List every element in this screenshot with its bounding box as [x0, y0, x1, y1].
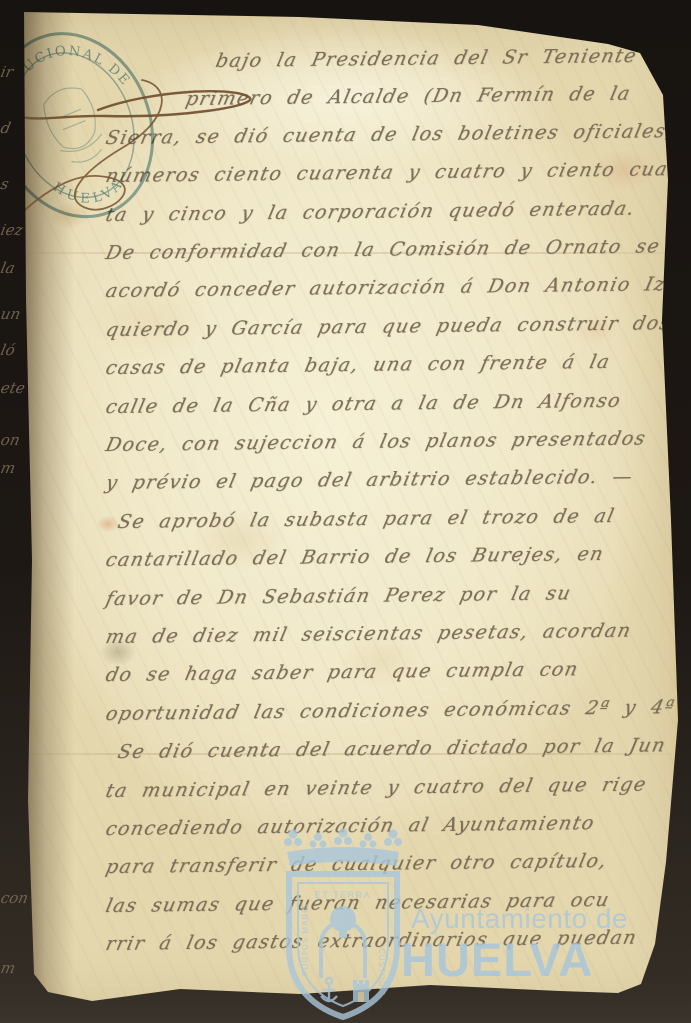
manuscript-line: acordó conceder autorización á Don Anton… — [104, 274, 668, 303]
gutter-text-fragment: ló — [0, 341, 17, 359]
manuscript-line: ta municipal en veinte y cuatro del que … — [104, 773, 649, 802]
manuscript-line: Doce, con sujeccion á los planos present… — [104, 427, 649, 456]
gutter-text-fragment: d — [0, 119, 13, 137]
gutter-text-fragment: m — [0, 459, 17, 477]
manuscript-line: casas de planta baja, una con frente á l… — [104, 351, 613, 379]
gutter-text-fragment: s — [0, 175, 11, 193]
ink-rubric-flourish-icon — [0, 58, 290, 243]
manuscript-line: favor de Dn Sebastián Perez por la su — [104, 582, 574, 610]
manuscript-line: ma de diez mil seiscientas pesetas, acor… — [104, 620, 634, 648]
manuscript-line: rrir á los gastos extraordinarios que pu… — [104, 927, 640, 955]
gutter-text-fragment: on — [0, 431, 22, 449]
manuscript-line: las sumas que fueran necesarias para ocu — [104, 889, 612, 917]
manuscript-line: oportunidad las condiciones económicas 2… — [104, 696, 678, 725]
manuscript-line: y prévio el pago del arbitrio establecid… — [104, 466, 636, 494]
manuscript-line: quierdo y García para que pueda construi… — [104, 312, 674, 341]
manuscript-line: concediendo autorización al Ayuntamiento — [104, 812, 598, 840]
manuscript-line: Se dió cuenta del acuerdo dictado por la… — [116, 735, 669, 764]
previous-page-edge: irdsiezlaunlóeteonmconm — [0, 13, 27, 1005]
document-scan: irdsiezlaunlóeteonmconm bajo la Presiden… — [0, 0, 691, 1023]
document-page: bajo la Presidencia del Sr Tenienteprime… — [0, 0, 691, 1023]
manuscript-line: Se aprobó la subasta para el trozo de al — [116, 505, 618, 533]
manuscript-line: para transferir de cualquier otro capítu… — [104, 850, 610, 878]
gutter-text-fragment: ete — [0, 379, 27, 397]
gutter-text-fragment: un — [0, 305, 22, 323]
gutter-text-fragment: ir — [0, 63, 15, 81]
gutter-text-fragment: la — [0, 259, 17, 277]
manuscript-line: cantarillado del Barrio de los Burejes, … — [104, 543, 607, 571]
gutter-text-fragment: m — [0, 959, 17, 977]
gutter-text-fragment: iez — [0, 221, 24, 239]
gutter-text-fragment: con — [0, 889, 30, 907]
page-number-annotation: - 312 - 17. — [550, 17, 677, 45]
manuscript-line: do se haga saber para que cumpla con — [104, 659, 581, 687]
manuscript-line: calle de la Cña y otra a la de Dn Alfons… — [104, 389, 624, 417]
